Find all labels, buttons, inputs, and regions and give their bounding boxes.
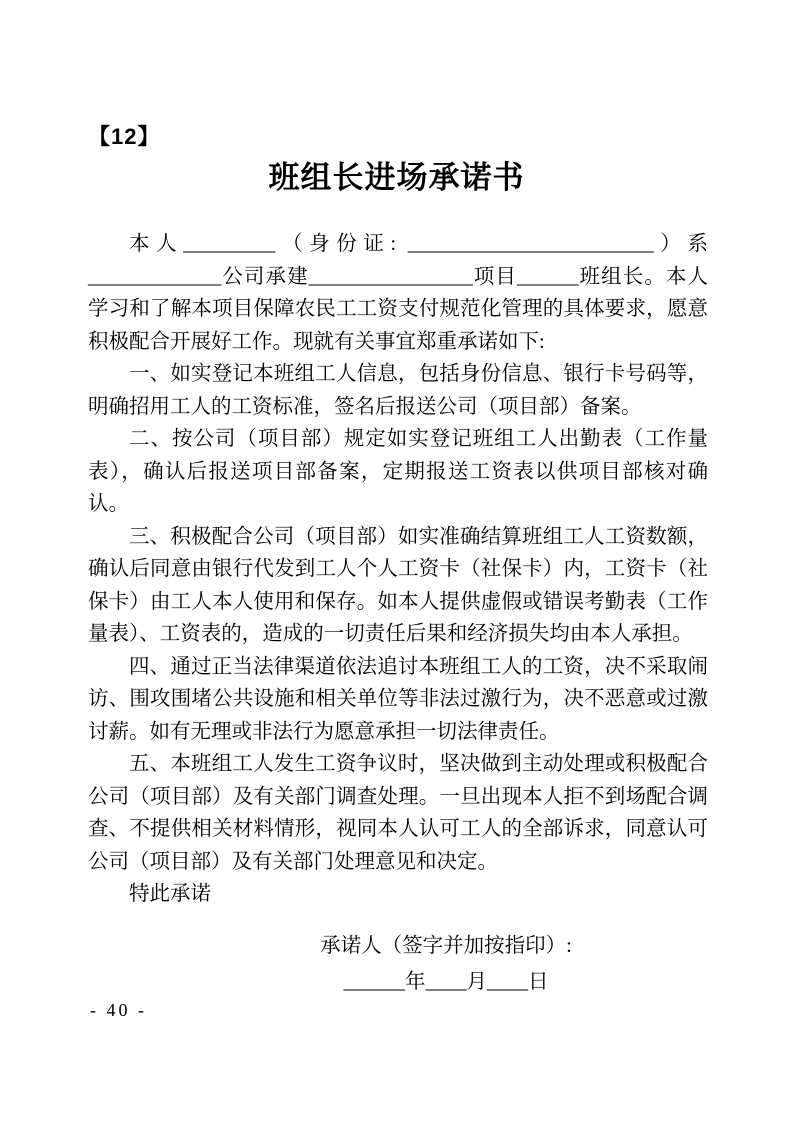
closing-line: 特此承诺 — [88, 878, 708, 911]
date-line: ______年____月____日 — [186, 964, 706, 1000]
signature-block: 承诺人（签字并加按指印）: ______年____月____日 — [186, 928, 706, 1000]
document-body: 本人_________（身份证: _______________________… — [88, 228, 708, 911]
commitment-item-3: 三、积极配合公司（项目部）如实准确结算班组工人工资数额，确认后同意由银行代发到工… — [88, 521, 708, 651]
commitment-item-2: 二、按公司（项目部）规定如实登记班组工人出勤表（工作量表），确认后报送项目部备案… — [88, 423, 708, 521]
commitment-item-4: 四、通过正当法律渠道依法追讨本班组工人的工资，决不采取闹访、围攻围堵公共设施和相… — [88, 651, 708, 749]
commitment-item-1: 一、如实登记本班组工人信息，包括身份信息、银行卡号码等，明确招用工人的工资标准，… — [88, 358, 708, 423]
signature-label: 承诺人（签字并加按指印）: — [186, 928, 706, 964]
page-number: - 40 - — [90, 1000, 147, 1021]
document-page: 【12】 班组长进场承诺书 本人_________（身份证: _________… — [0, 0, 793, 1122]
intro-paragraph: 本人_________（身份证: _______________________… — [88, 228, 708, 358]
page-title: 班组长进场承诺书 — [0, 152, 793, 197]
doc-number: 【12】 — [88, 120, 160, 151]
commitment-item-5: 五、本班组工人发生工资争议时，坚决做到主动处理或积极配合公司（项目部）及有关部门… — [88, 748, 708, 878]
